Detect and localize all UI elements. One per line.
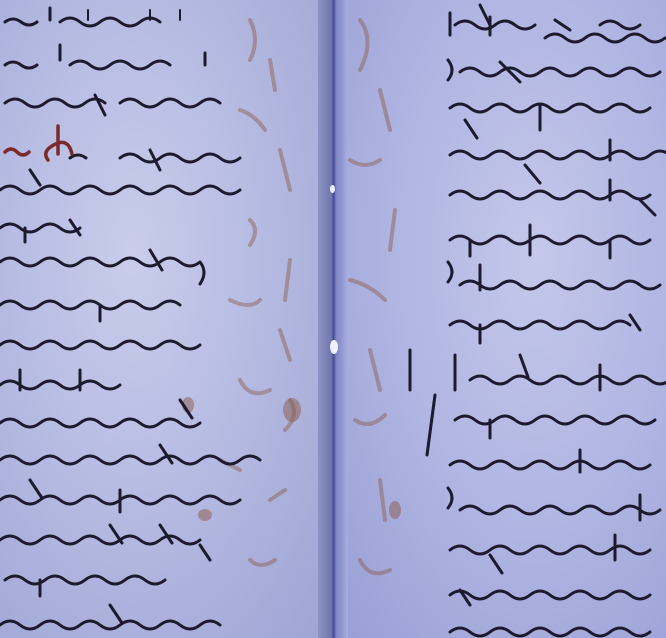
right-overtext	[410, 5, 666, 636]
red-initial	[5, 126, 72, 160]
manuscript-photo	[0, 0, 666, 638]
script-layer	[0, 0, 666, 638]
undertext	[182, 20, 401, 573]
left-overtext	[0, 8, 260, 629]
